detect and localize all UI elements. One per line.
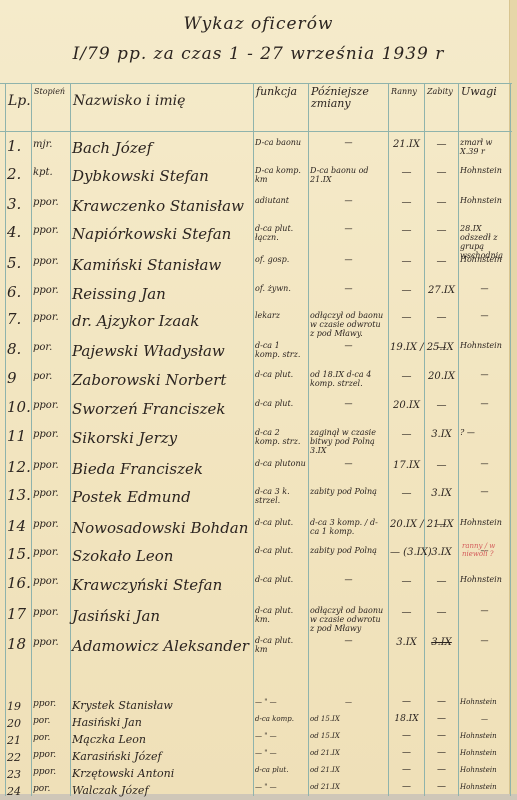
column-rule (308, 83, 309, 796)
rank: por. (33, 783, 69, 796)
killed: — (426, 138, 457, 151)
function: — " — (255, 749, 307, 757)
later-changes: d-ca 3 komp. / d-ca 1 komp. (310, 518, 387, 536)
function: d-ca plutonu (255, 459, 307, 468)
remarks: — (460, 636, 509, 645)
document-title: Wykaz oficerów (0, 14, 517, 34)
function: d-ca plut. km (255, 636, 307, 654)
killed: 20.IX (426, 370, 457, 383)
header-changes: Późniejsze zmiany (311, 86, 387, 110)
row-number: 2. (7, 168, 30, 181)
row-number: 11 (7, 430, 30, 443)
function: d-ca plut. (255, 546, 307, 555)
rank: ppor. (33, 575, 69, 588)
rank: ppor. (33, 459, 69, 472)
function: lekarz (255, 311, 307, 320)
column-rule (510, 83, 511, 796)
row-number: 5. (7, 257, 30, 270)
later-changes: od 15.IX (310, 715, 387, 723)
rank: ppor. (33, 636, 69, 649)
row-number: 17 (7, 608, 30, 621)
officer-name: Krawczyński Stefan (72, 577, 252, 593)
later-changes: — (310, 399, 387, 408)
killed: — (426, 459, 457, 472)
officer-name: Bieda Franciszek (72, 461, 252, 477)
officer-name: Bach Józef (72, 140, 252, 156)
wounded: — (390, 370, 423, 383)
function: d-ca komp. (255, 715, 307, 723)
officer-name: dr. Ajzykor Izaak (72, 313, 252, 329)
rank: ppor. (33, 428, 69, 441)
row-number: 22 (7, 751, 30, 764)
column-rule (458, 83, 459, 796)
killed: 3.IX (426, 636, 457, 649)
remarks: Hohnstein (460, 196, 509, 205)
later-changes: — (310, 255, 387, 264)
function: of. gosp. (255, 255, 307, 264)
row-number: 7. (7, 313, 30, 326)
wounded: — (390, 749, 423, 757)
row-number: 14 (7, 520, 30, 533)
remarks: Hohnstein (460, 255, 509, 264)
function: d-ca plut. km. (255, 606, 307, 624)
function: — " — (255, 732, 307, 740)
function: d-ca 3 k. strzel. (255, 487, 307, 505)
killed: — (426, 606, 457, 619)
rank: ppor. (33, 487, 69, 500)
remarks: Hohnstein (460, 575, 509, 584)
row-number: 23 (7, 768, 30, 781)
header-name: Nazwisko i imię (73, 95, 252, 107)
row-number: 19 (7, 700, 30, 713)
wounded: — (3.IX) (390, 546, 423, 559)
wounded: — (390, 166, 423, 179)
column-rule (424, 83, 425, 796)
rank: ppor. (33, 196, 69, 209)
remarks: — (460, 715, 509, 723)
killed: — (426, 255, 457, 268)
rank: kpt. (33, 166, 69, 179)
killed: — (426, 399, 457, 412)
row-number: 24 (7, 785, 30, 798)
officer-name: Krawczenko Stanisław (72, 198, 252, 214)
later-changes: zabity pod Polną (310, 546, 387, 555)
killed: — (426, 518, 457, 531)
row-number: 4. (7, 226, 30, 239)
row-number: 20 (7, 717, 30, 730)
killed: 3.IX (426, 428, 457, 441)
row-number: 3. (7, 198, 30, 211)
column-rule (253, 83, 254, 796)
rank: por. (33, 732, 69, 745)
header-remarks: Uwagi (461, 86, 509, 98)
killed: — (426, 196, 457, 209)
officer-name: Nowosadowski Bohdan (72, 520, 252, 536)
wounded: 17.IX (390, 459, 423, 472)
officer-name: Pajewski Władysław (72, 343, 252, 359)
killed: — (426, 341, 457, 354)
officer-name: Zaborowski Norbert (72, 372, 252, 388)
row-number: 9 (7, 372, 30, 385)
killed: 3.IX (426, 487, 457, 500)
rank: por. (33, 715, 69, 728)
function: d-ca plut. (255, 399, 307, 408)
wounded: — (390, 698, 423, 706)
row-number: 1. (7, 140, 30, 153)
officer-name: Karasiński Józef (72, 751, 252, 763)
wounded: — (390, 575, 423, 588)
later-changes: zaginął w czasie bitwy pod Polną 3.IX (310, 428, 387, 455)
killed: — (426, 715, 457, 723)
remarks: zmarł w X.39 r (460, 138, 509, 156)
rank: ppor. (33, 399, 69, 412)
wounded: — (390, 766, 423, 774)
killed: — (426, 732, 457, 740)
killed: — (426, 698, 457, 706)
remarks: Hohnstein (460, 341, 509, 350)
red-pencil-annotation: ranny / w niewoli ? (462, 542, 508, 558)
wounded: — (390, 196, 423, 209)
document-subtitle: I/79 pp. za czas 1 - 27 września 1939 r (0, 44, 517, 64)
killed: — (426, 766, 457, 774)
later-changes: od 15.IX (310, 732, 387, 740)
officer-name: Szokało Leon (72, 548, 252, 564)
remarks: Hohnstein (460, 783, 509, 791)
officer-name: Krzętowski Antoni (72, 768, 252, 780)
rank: ppor. (33, 311, 69, 324)
remarks: — (460, 487, 509, 496)
wounded: — (390, 606, 423, 619)
rank: ppor. (33, 766, 69, 779)
later-changes: od 21.IX (310, 749, 387, 757)
rank: ppor. (33, 606, 69, 619)
officer-name: Hasiński Jan (72, 717, 252, 729)
remarks: Hohnstein (460, 166, 509, 175)
wounded: 21.IX (390, 138, 423, 151)
later-changes: — (310, 575, 387, 584)
column-rule (70, 83, 71, 796)
killed: — (426, 575, 457, 588)
function: d-ca 2 komp. strz. (255, 428, 307, 446)
row-number: 18 (7, 638, 30, 651)
later-changes: — (310, 138, 387, 147)
later-changes: — (310, 636, 387, 645)
wounded: — (390, 428, 423, 441)
function: d-ca 1 komp. strz. (255, 341, 307, 359)
wounded: 18.IX (390, 715, 423, 723)
later-changes: odłączył od baonu w czasie odwrotu z pod… (310, 606, 387, 633)
later-changes: zabity pod Polną (310, 487, 387, 496)
later-changes: od 18.IX d-ca 4 komp. strzel. (310, 370, 387, 388)
killed: — (426, 783, 457, 791)
row-rule (0, 131, 512, 132)
killed: — (426, 224, 457, 237)
remarks: Hohnstein (460, 518, 509, 527)
remarks: Hohnstein (460, 698, 509, 706)
officer-name: Mączka Leon (72, 734, 252, 746)
remarks: — (460, 399, 509, 408)
rank: ppor. (33, 698, 69, 711)
row-rule (0, 83, 512, 84)
killed: — (426, 166, 457, 179)
function: — " — (255, 783, 307, 791)
later-changes: od 21.IX (310, 766, 387, 774)
column-rule (31, 83, 32, 796)
function: d-ca plut. (255, 370, 307, 379)
row-number: 8. (7, 343, 30, 356)
function: d-ca plut. (255, 575, 307, 584)
remarks: Hohnstein (460, 732, 509, 740)
later-changes: — (310, 224, 387, 233)
remarks: — (460, 311, 509, 320)
officer-name: Reissing Jan (72, 286, 252, 302)
row-number: 10. (7, 401, 30, 414)
killed: — (426, 311, 457, 324)
function: d-ca plut. (255, 766, 307, 774)
row-number: 12. (7, 461, 30, 474)
function: — " — (255, 698, 307, 706)
later-changes: — (310, 284, 387, 293)
later-changes: D-ca baonu od 21.IX (310, 166, 387, 184)
function: adiutant (255, 196, 307, 205)
officer-name: Dybkowski Stefan (72, 168, 252, 184)
rank: ppor. (33, 284, 69, 297)
rank: por. (33, 370, 69, 383)
header-rank: Stopień (34, 86, 69, 98)
wounded: — (390, 224, 423, 237)
row-number: 21 (7, 734, 30, 747)
wounded: — (390, 255, 423, 268)
function: d-ca plut. łączn. (255, 224, 307, 242)
function: D-ca komp. km (255, 166, 307, 184)
remarks: ? — (460, 428, 509, 437)
killed: 27.IX (426, 284, 457, 297)
later-changes: — (310, 459, 387, 468)
column-rule (5, 83, 6, 796)
rank: por. (33, 341, 69, 354)
column-rule (388, 83, 389, 796)
later-changes: odłączył od baonu w czasie odwrotu z pod… (310, 311, 387, 338)
wounded: — (390, 311, 423, 324)
function: of. żywn. (255, 284, 307, 293)
wounded: 19.IX / 25.IX (390, 341, 423, 354)
rank: ppor. (33, 546, 69, 559)
row-number: 13. (7, 489, 30, 502)
wounded: 3.IX (390, 636, 423, 649)
remarks: Hohnstein (460, 766, 509, 774)
header-killed: Zabity (427, 86, 457, 98)
header-wounded: Ranny (391, 86, 423, 98)
wounded: — (390, 284, 423, 297)
officer-name: Sikorski Jerzy (72, 430, 252, 446)
remarks: — (460, 370, 509, 379)
wounded: — (390, 487, 423, 500)
function: D-ca baonu (255, 138, 307, 147)
officer-name: Sworzeń Franciszek (72, 401, 252, 417)
rank: ppor. (33, 518, 69, 531)
wounded: 20.IX (390, 399, 423, 412)
header-function: funkcja (256, 86, 307, 98)
killed: 3.IX (426, 546, 457, 559)
later-changes: od 21.IX (310, 783, 387, 791)
rank: ppor. (33, 255, 69, 268)
rank: ppor. (33, 749, 69, 762)
rank: ppor. (33, 224, 69, 237)
officer-name: Walczak Józef (72, 785, 252, 797)
officer-name: Napiórkowski Stefan (72, 226, 252, 242)
officer-name: Kamiński Stanisław (72, 257, 252, 273)
officer-name: Postek Edmund (72, 489, 252, 505)
remarks: — (460, 606, 509, 615)
row-number: 6. (7, 286, 30, 299)
officer-name: Krystek Stanisław (72, 700, 252, 712)
header-lp: Lp. (8, 95, 30, 107)
row-number: 16. (7, 577, 30, 590)
later-changes: — (310, 196, 387, 205)
remarks: — (460, 459, 509, 468)
officer-name: Adamowicz Aleksander (72, 638, 252, 654)
later-changes: — (310, 341, 387, 350)
remarks: Hohnstein (460, 749, 509, 757)
killed: — (426, 749, 457, 757)
officer-name: Jasiński Jan (72, 608, 252, 624)
wounded: — (390, 783, 423, 791)
row-number: 15. (7, 548, 30, 561)
wounded: 20.IX / 21.IX (390, 518, 423, 531)
remarks: — (460, 284, 509, 293)
rank: mjr. (33, 138, 69, 151)
later-changes: — (310, 698, 387, 706)
function: d-ca plut. (255, 518, 307, 527)
wounded: — (390, 732, 423, 740)
